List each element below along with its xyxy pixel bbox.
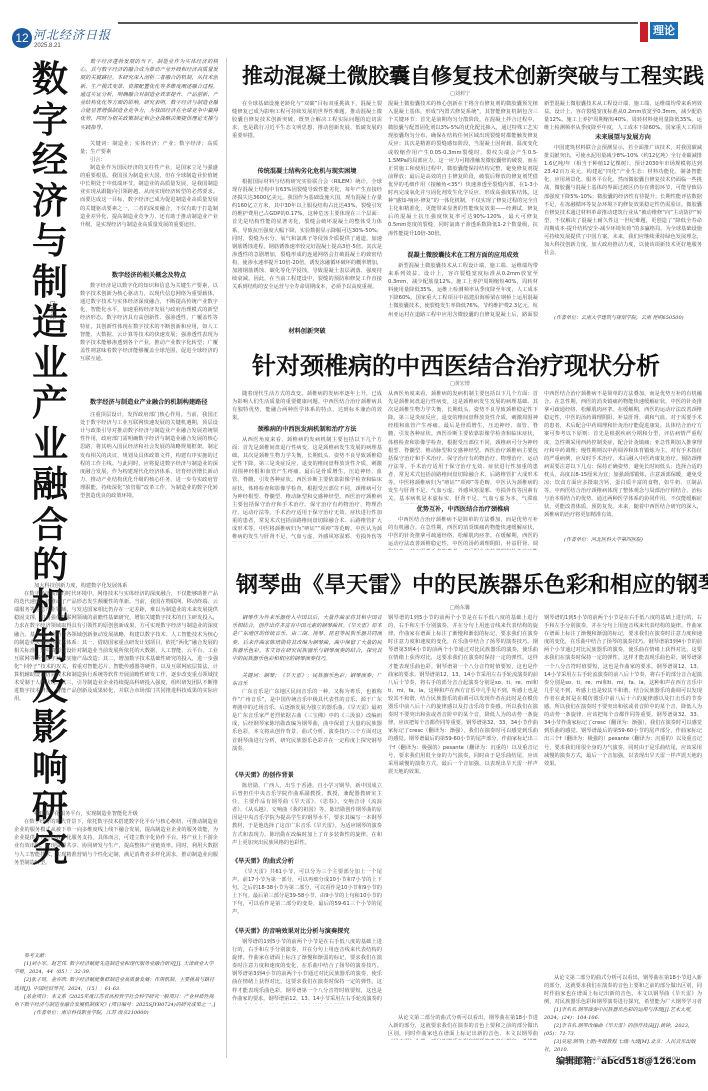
section-text-continued: 钢琴谱的1到5小节的前两个小节是在右手低八度的基础上进行的，右手和左手分别演奏，…	[544, 614, 702, 974]
section-text-continued: 从西医角度来看，颈椎病的发病机制主要包括以下几个方面：首先是颈椎间盘退行性病变，…	[388, 390, 538, 504]
piano-col-3: 钢琴谱的1到5小节的前两个小节是在右手低八度的基础上进行的，右手和左手分别演奏，…	[544, 614, 702, 1063]
article-title-spine: 针对颈椎病的中西医结合治疗现状分析	[252, 346, 660, 381]
section-heading-inline: 加大科技创新力度，构建数字化发展体系	[14, 582, 218, 590]
reference-item: [3]吴迎.钢琴(上册)考级教程 七级-九级[M].北京：人民音乐出版社，201…	[544, 1038, 702, 1054]
masthead: 12 河北经济日报 2025.8.21 理论	[0, 0, 708, 56]
bookmark-icon	[640, 22, 648, 42]
section-heading: 传统混凝土结构劣化危机与现实困境	[232, 166, 382, 178]
article-keywords: 关键词：钢琴；《旱天雷》；民族器乐色彩；钢琴演奏；广东音乐	[232, 672, 382, 688]
section-heading: 《旱天雷》的创作背景	[232, 770, 382, 782]
section-text: 注重顶层设计，发挥政府部门核心作用。当前，我国正处于数字经济与工业互联网快速发展…	[80, 411, 218, 601]
section-heading: 未来展望与发展方向	[544, 132, 702, 144]
article-keywords: 关键词：制造业；实体经济；产业；数字经济；高质量；生产要素	[80, 140, 218, 156]
article-author: □黄宏增	[300, 380, 620, 389]
spine-col-1: 随着现代生活方式的改变，颈椎病的发病率逐年上升，已成为影响人们生活质量的重要健康…	[232, 390, 382, 542]
section-text: 中国建筑材料联合会预测显示，若全面推广该技术，对我国碳减排贡献突出，可使水泥用量…	[544, 144, 702, 314]
article-author: □张玮	[50, 300, 60, 321]
reference-item: [1]刘小军，赵艺伟. 数字经济赋能先进制造业和现代服务业融合研究[J]. 天津…	[14, 960, 218, 976]
fund-note: [基金项目：本文系《2025年度江苏省高校哲学社会科学研究一般项目：产业异质性视…	[14, 993, 218, 1009]
section-heading: 《旱天雷》的曲式分析	[232, 856, 382, 868]
section-text: 在数字经济高速的时代环境中，网络技术与实体经济的深度融合，不仅能够助推产品的迭代…	[14, 590, 218, 810]
reference-item: [1]李名名.钢琴演奏中民族器乐色彩的运用与体现[J].艺术大观，2024，(2…	[544, 1006, 702, 1022]
spine-col-2: 从西医角度来看，颈椎病的发病机制主要包括以下几个方面：首先是颈椎间盘退行性病变，…	[388, 390, 538, 550]
section-text-continued: 新型混凝土微胶囊技术从工程设计端、施工端、运维端均带来系列效益。设计上，容许裂缝…	[544, 100, 702, 132]
intro-label: 引言：	[80, 156, 218, 164]
conclusion-text: 从论文第二部分的曲式分析可以看出，钢琴曲在第18小节进入新的部分，这就要求我们在…	[388, 1014, 538, 1040]
section-heading: 《旱天雷》的音响效果对比分析与演奏探究	[232, 926, 382, 938]
article-paragraph: 随着现代生活方式的改变，颈椎病的发病率逐年上升，已成为影响人们生活质量的重要健康…	[232, 390, 382, 424]
section-heading: 材料创新突破	[232, 326, 382, 338]
author-affiliation: (作者单位：南京科技职业学院，江苏 南京210000)	[14, 1009, 218, 1017]
section-heading: 优势互补，中西医结合治疗颈椎病	[388, 504, 538, 516]
section-heading-inline: 构建数字化服务平台，实现制造业智能化升级	[14, 810, 218, 818]
piano-col-2: 钢琴谱的1到5小节的前两个小节是在右手低八度的基础上进行的，右手和左手分别演奏，…	[388, 614, 538, 1040]
article-abstract: 钢琴作为外来乐器传入中国以后，大量作曲家将其和中国音乐相结合，创作出许多富有中国…	[232, 614, 382, 672]
section-text: 陈培勋，广西人，出生于香港，自小学习钢琴，新中国成立后曾担任中央音乐学院作曲系副…	[232, 782, 382, 856]
article-abstract: 数字经济蓬勃发展的当下，制造业作为实体经济的核心，其与数字经济的融合成为推动产业…	[80, 58, 218, 140]
section-heading: 数字经济的相关概念及特点	[80, 270, 218, 282]
section-text: 在数字经济的时代背景下，依托数字技术搭建数字化平台与核心枢纽，可推动制造业企业的…	[14, 818, 218, 950]
paper-name-logo: 河北经济日报	[33, 26, 111, 43]
conclusion-text: 从论文第二部分的曲式分析可以看出，钢琴曲在第18小节进入新的部分，这就要求我们在…	[544, 974, 702, 1006]
reference-item: [2]李书名.钢琴改编曲《旱天雷》的创作技法[J].黄钟，2023，(05)：7…	[544, 1022, 702, 1038]
section-label: 理论	[650, 22, 678, 39]
piano-col-1: 钢琴作为外来乐器传入中国以后，大量作曲家将其和中国音乐相结合，创作出许多富有中国…	[232, 614, 382, 1004]
concrete-col-1: 在全球基础设施老龄化与“双碳”目标双重挑战下，混凝土裂缝修复已成为影响工程可持续…	[232, 100, 382, 338]
reference-item: [2]张子琦，金亦欣. 数字经济赋能集群制造业高质量发展：作用机制、主要挑战与路…	[14, 976, 218, 992]
article-paragraph: 在全球基础设施老龄化与“双碳”目标双重挑战下，混凝土裂缝修复已成为影响工程可持续…	[232, 100, 382, 166]
references-label: 参考文献：	[14, 952, 218, 960]
section-text: 混凝土微胶囊技术的核心创新在于将含有修复剂的微胶囊预先植入混凝土基体，形成“内置…	[388, 100, 538, 246]
section-text: 中西医结合治疗颈椎病不是简单的方法叠加，而是优势互补的有机融合。在急性期，西医的…	[388, 516, 538, 550]
author-affiliation: (作者单位：云南大学建筑与规划学院，云南 昆明650500)	[544, 314, 702, 322]
section-text: 新型混凝土微胶囊技术从工程设计端、施工端、运维端均带来系列效益。设计上，容许裂缝…	[388, 262, 538, 318]
section-text-continued: 中西医结合治疗颈椎病不是简单的方法叠加，而是优势互补的有机融合。在急性期，西医的…	[544, 390, 702, 536]
section-heading: 混凝土微胶囊技术在工程方面的应用成效	[388, 250, 538, 262]
article-title-concrete: 推动混凝土微胶囊自修复技术创新突破与工程实践	[242, 60, 704, 90]
author-affiliation: (作者单位：河北医科大学第四医院)	[544, 536, 702, 544]
page-number-badge: 12	[12, 28, 32, 48]
concrete-col-3: 新型混凝土微胶囊技术从工程设计端、施工端、运维端均带来系列效益。设计上，容许裂缝…	[544, 100, 702, 322]
editor-email: 编辑邮箱：abcd518@126.com	[556, 1054, 696, 1067]
article-author: □杨东馨	[300, 604, 620, 613]
issue-date: 2025.8.21	[34, 43, 61, 49]
section-text: 数字经济是以数字化的知识和信息为关键生产要素，以数字技术创新为核心驱动力，以现代…	[80, 282, 218, 396]
section-heading: 颈椎病的中西医发病机制和治疗方法	[232, 424, 382, 436]
section-text: 钢琴谱的1到5小节的前两个小节是在右手低八度的基础上进行的，右手和左手分别演奏，…	[232, 938, 382, 1004]
spine-col-3: 中西医结合治疗颈椎病不是简单的方法叠加，而是优势互补的有机融合。在急性期，西医的…	[544, 390, 702, 544]
concrete-col-2: 混凝土微胶囊技术的核心创新在于将含有修复剂的微胶囊预先植入混凝土基体，形成“内置…	[388, 100, 538, 318]
column-divider	[226, 58, 227, 1058]
section-text: 根据国际材料与结构研究实验联合会（RILEM）统计，全球现存混凝土结构中有63%…	[232, 178, 382, 326]
section-text-continued: 钢琴谱的1到5小节的前两个小节是在右手低八度的基础上进行的，右手和左手分别演奏，…	[388, 614, 538, 1014]
article-author: □刘莉宁	[300, 90, 620, 99]
intro-text: 制造业作为国民经济的支柱性产业，是国家立足与强盛的重要根基。我国虽为制造业大国，…	[80, 164, 218, 268]
digital-economy-article-lower: 加大科技创新力度，构建数字化发展体系 在数字经济高速的时代环境中，网络技术与实体…	[14, 582, 218, 1017]
section-text: 《旱天雷》共61小节，可以分为三个主要部分加上一个尾声。前17小节为第一部分，可…	[232, 868, 382, 926]
digital-economy-article-upper: 数字经济蓬勃发展的当下，制造业作为实体经济的核心，其与数字经济的融合成为推动产业…	[80, 58, 218, 601]
header-rule	[118, 22, 638, 24]
section-text: 从西医角度来看，颈椎病的发病机制主要包括以下几个方面：首先是颈椎间盘退行性病变，…	[232, 436, 382, 542]
article-title-piano: 钢琴曲《旱天雷》中的民族器乐色彩和相应的钢琴演奏探究	[236, 568, 708, 599]
section-heading: 数字经济与制造业产业融合的机制构建路径	[80, 398, 218, 407]
intro-text: 广东音乐是广东地区民间音乐的一种，又称为粤乐，也被称作“广州音乐”，是中国传统音…	[232, 688, 382, 770]
